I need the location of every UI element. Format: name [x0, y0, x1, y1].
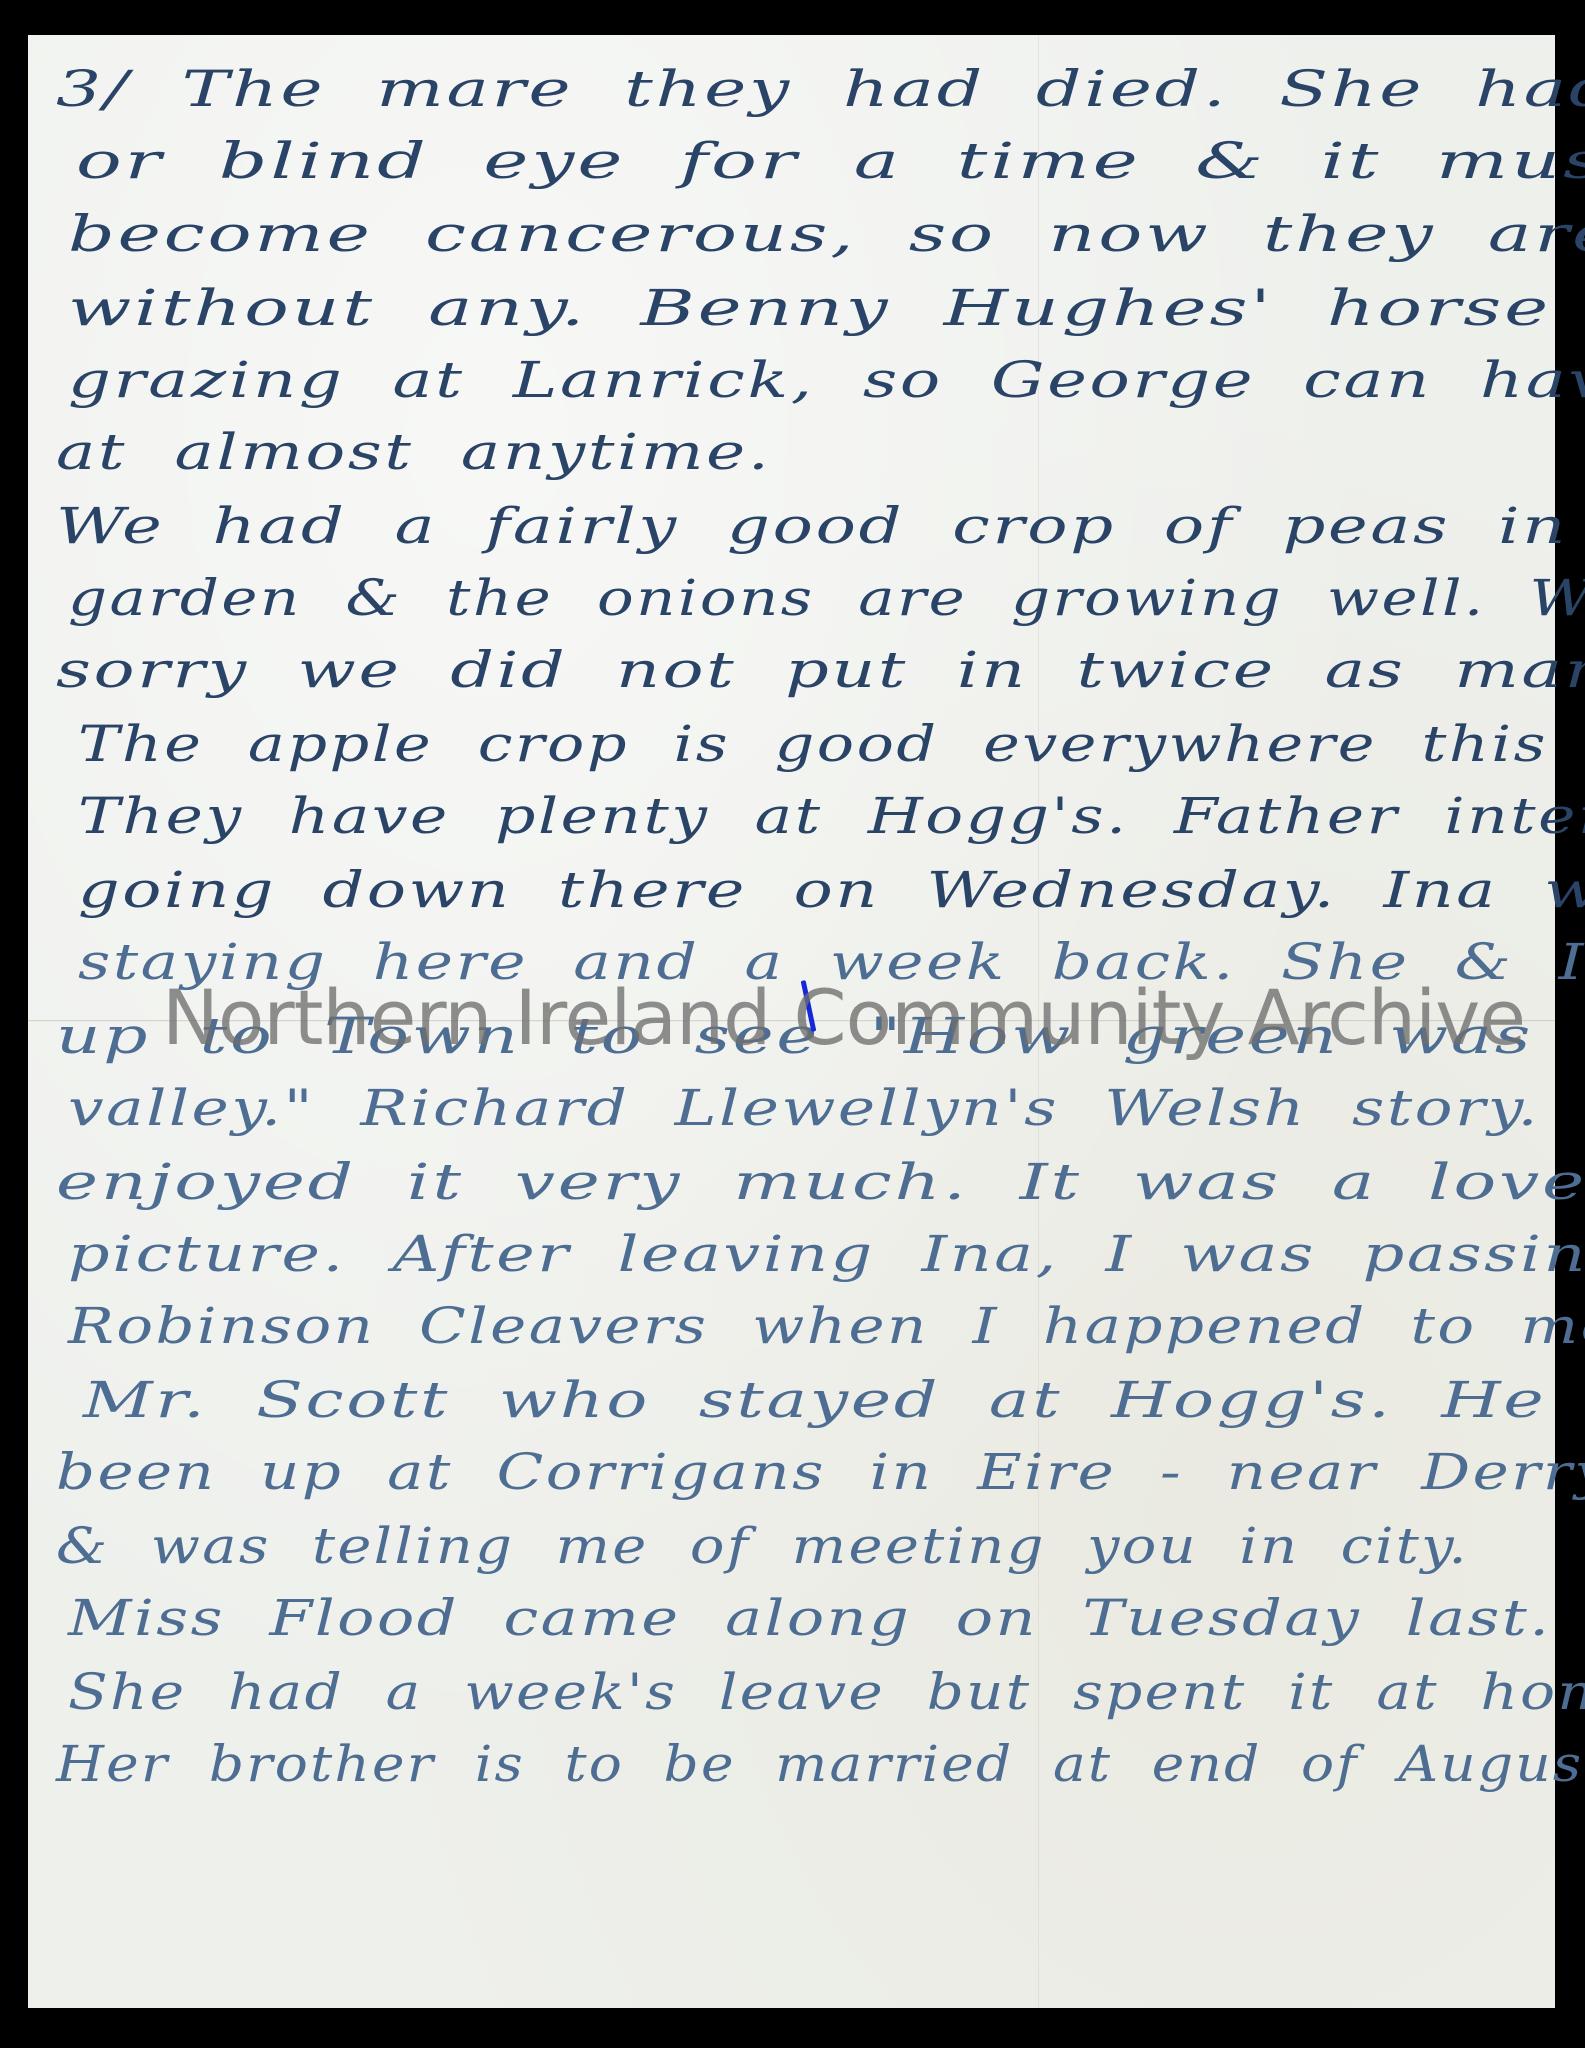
letter-page: 3/ The mare they had died. She had a sor…: [28, 35, 1555, 2008]
handwritten-line: grazing at Lanrick, so George can have i…: [68, 351, 1585, 409]
handwritten-line: & was telling me of meeting you in city.: [56, 1517, 1469, 1575]
handwritten-line: up to Town to see "How green was my: [56, 1007, 1585, 1065]
handwritten-line: without any. Benny Hughes' horse is: [68, 279, 1585, 337]
handwritten-line: enjoyed it very much. It was a lovely: [56, 1153, 1585, 1211]
handwritten-line: garden & the onions are growing well. We…: [68, 569, 1585, 627]
handwritten-line: staying here and a week back. She & I we…: [78, 933, 1585, 991]
handwritten-line: valley." Richard Llewellyn's Welsh story…: [68, 1079, 1585, 1137]
handwritten-line: Mr. Scott who stayed at Hogg's. He had: [83, 1371, 1585, 1429]
handwritten-line: She had a week's leave but spent it at h…: [68, 1663, 1585, 1721]
handwritten-line: been up at Corrigans in Eire - near Derr…: [56, 1443, 1585, 1501]
handwritten-line: Her brother is to be married at end of A…: [56, 1735, 1585, 1793]
handwritten-line: They have plenty at Hogg's. Father inten…: [78, 787, 1585, 845]
handwritten-line: at almost anytime.: [56, 423, 771, 481]
handwritten-line: going down there on Wednesday. Ina was: [78, 861, 1585, 919]
handwritten-line: picture. After leaving Ina, I was passin…: [68, 1225, 1585, 1283]
handwritten-line: We had a fairly good crop of peas in the: [56, 497, 1585, 555]
handwritten-line: or blind eye for a time & it must have: [76, 132, 1585, 190]
handwritten-line: Robinson Cleavers when I happened to mee…: [68, 1297, 1585, 1355]
handwritten-line: sorry we did not put in twice as many.: [56, 641, 1585, 699]
handwritten-line: Miss Flood came along on Tuesday last.: [68, 1589, 1551, 1647]
handwritten-line: The apple crop is good everywhere this y…: [78, 715, 1585, 773]
handwritten-line: 3/ The mare they had died. She had a sor…: [56, 60, 1585, 118]
handwritten-line: become cancerous, so now they are left: [68, 205, 1585, 263]
